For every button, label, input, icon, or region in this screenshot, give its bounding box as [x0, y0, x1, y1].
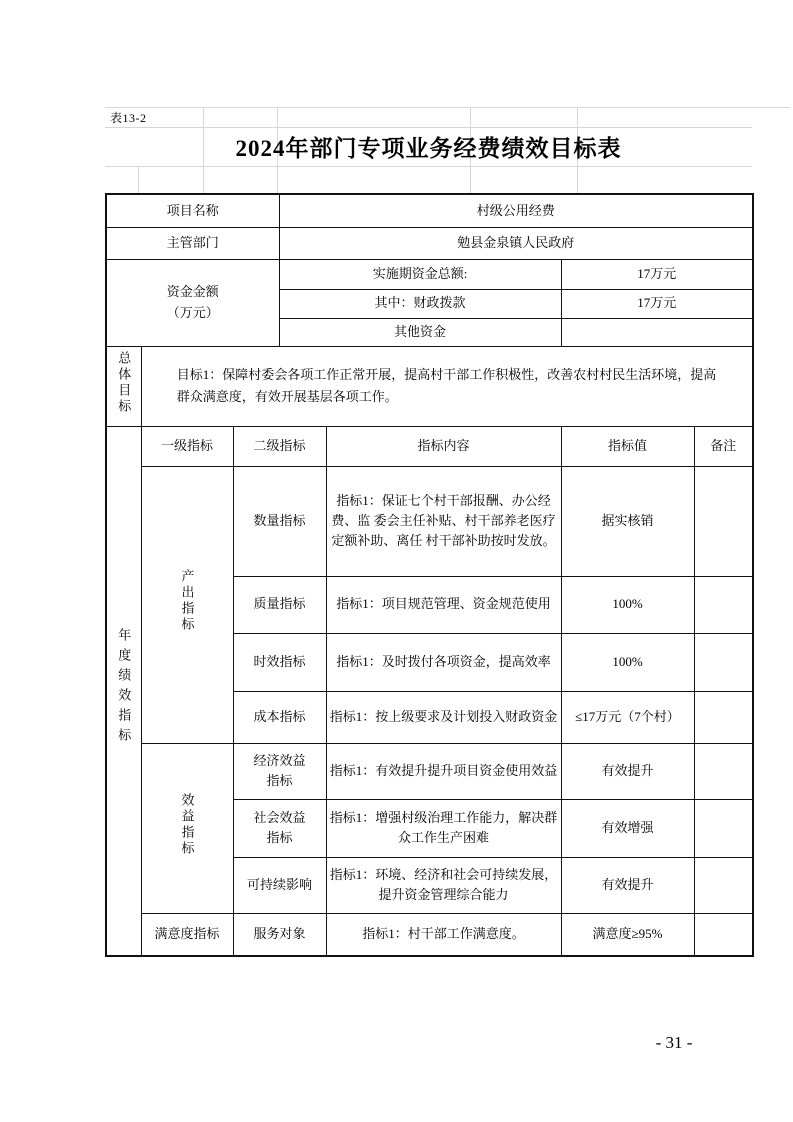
header-value: 指标值	[561, 426, 694, 466]
header-content: 指标内容	[326, 426, 561, 466]
indicator-value: 有效提升	[561, 857, 694, 913]
header-level1: 一级指标	[141, 426, 233, 466]
indicator-value: ≤17万元（7个村）	[561, 691, 694, 743]
performance-target-table: 项目名称 村级公用经费 主管部门 勉县金泉镇人民政府 资金金额 （万元） 实施期…	[105, 193, 754, 957]
table-row: 效益指标 经济效益指标 指标1：有效提升提升项目资金使用效益 有效提升	[106, 743, 753, 799]
group-satisfaction-label: 满意度指标	[141, 913, 233, 956]
funding-total-value: 17万元	[561, 259, 753, 289]
sheet-label: 表13-2	[110, 109, 147, 126]
indicator-value: 100%	[561, 576, 694, 633]
overall-goal-content: 目标1：保障村委会各项工作正常开展，提高村干部工作积极性，改善农村村民生活环境，…	[141, 346, 753, 426]
table-row: 项目名称 村级公用经费	[106, 194, 753, 227]
indicator-level2: 时效指标	[233, 633, 326, 691]
indicator-level2: 质量指标	[233, 576, 326, 633]
indicator-level2: 经济效益指标	[233, 743, 326, 799]
indicator-content: 指标1：及时拨付各项资金，提高效率	[326, 633, 561, 691]
table-row: 满意度指标 服务对象 指标1：村干部工作满意度。 满意度≥95%	[106, 913, 753, 956]
indicator-value: 100%	[561, 633, 694, 691]
funding-fiscal-value: 17万元	[561, 289, 753, 318]
table-row: 总体目标 目标1：保障村委会各项工作正常开展，提高村干部工作积极性，改善农村村民…	[106, 346, 753, 426]
project-name-value: 村级公用经费	[279, 194, 753, 227]
table-row: 产出指标 数量指标 指标1：保证七个村干部报酬、办公经费、监 委会主任补贴、村干…	[106, 466, 753, 576]
header-level2: 二级指标	[233, 426, 326, 466]
indicator-remark	[694, 633, 753, 691]
indicator-level2: 服务对象	[233, 913, 326, 956]
overall-goal-label: 总体目标	[106, 346, 141, 426]
funding-fiscal-label: 其中：财政拨款	[279, 289, 561, 318]
funding-label: 资金金额 （万元）	[106, 259, 279, 346]
table-header-row: 年度绩效指标 一级指标 二级指标 指标内容 指标值 备注	[106, 426, 753, 466]
indicator-content: 指标1：项目规范管理、资金规范使用	[326, 576, 561, 633]
group-output-text: 产出指标	[181, 569, 194, 633]
indicator-content-text: 指标1：项目规范管理、资金规范使用	[329, 594, 559, 614]
gridline	[138, 166, 139, 193]
indicator-remark	[694, 913, 753, 956]
department-value: 勉县金泉镇人民政府	[279, 227, 753, 259]
indicator-level2-text: 社会效益指标	[252, 808, 308, 847]
overall-goal-text: 目标1：保障村委会各项工作正常开展，提高村干部工作积极性，改善农村村民生活环境，…	[177, 364, 717, 408]
indicator-level2: 社会效益指标	[233, 799, 326, 857]
indicator-value: 有效增强	[561, 799, 694, 857]
annual-performance-label: 年度绩效指标	[106, 426, 141, 956]
indicator-value: 满意度≥95%	[561, 913, 694, 956]
funding-total-label: 实施期资金总额:	[279, 259, 561, 289]
indicator-level2: 可持续影响	[233, 857, 326, 913]
indicator-value: 据实核销	[561, 466, 694, 576]
indicator-remark	[694, 799, 753, 857]
indicator-remark	[694, 743, 753, 799]
group-output-label: 产出指标	[141, 466, 233, 743]
indicator-content: 指标1：村干部工作满意度。	[326, 913, 561, 956]
project-name-label: 项目名称	[106, 194, 279, 227]
indicator-content: 指标1：有效提升提升项目资金使用效益	[326, 743, 561, 799]
header-remark: 备注	[694, 426, 753, 466]
document-page: 表13-2 2024年部门专项业务经费绩效目标表 项目名称 村级公用经费 主管部…	[0, 0, 793, 1122]
group-benefit-text: 效益指标	[181, 793, 194, 857]
page-title: 2024年部门专项业务经费绩效目标表	[105, 130, 752, 163]
indicator-content: 指标1：按上级要求及计划投入财政资金	[326, 691, 561, 743]
indicator-level2: 成本指标	[233, 691, 326, 743]
indicator-level2: 数量指标	[233, 466, 326, 576]
indicator-remark	[694, 466, 753, 576]
funding-other-value	[561, 318, 753, 346]
indicator-remark	[694, 576, 753, 633]
indicator-remark	[694, 691, 753, 743]
indicator-content: 指标1：环境、经济和社会可持续发展，提升资金管理综合能力	[326, 857, 561, 913]
department-label: 主管部门	[106, 227, 279, 259]
table-row: 主管部门 勉县金泉镇人民政府	[106, 227, 753, 259]
page-number: - 31 -	[634, 1033, 714, 1053]
gridline	[105, 107, 790, 108]
indicator-content: 指标1：保证七个村干部报酬、办公经费、监 委会主任补贴、村干部养老医疗定额补助、…	[326, 466, 561, 576]
funding-label-line2: （万元）	[109, 303, 277, 323]
funding-label-line1: 资金金额	[109, 282, 277, 302]
indicator-remark	[694, 857, 753, 913]
indicator-content: 指标1：增强村级治理工作能力，解决群众工作生产困难	[326, 799, 561, 857]
annual-performance-text: 年度绩效指标	[117, 628, 130, 748]
indicator-level2-text: 经济效益指标	[252, 751, 308, 790]
indicator-value: 有效提升	[561, 743, 694, 799]
table-row: 资金金额 （万元） 实施期资金总额: 17万元	[106, 259, 753, 289]
group-benefit-label: 效益指标	[141, 743, 233, 913]
overall-goal-label-text: 总体目标	[117, 351, 130, 415]
funding-other-label: 其他资金	[279, 318, 561, 346]
